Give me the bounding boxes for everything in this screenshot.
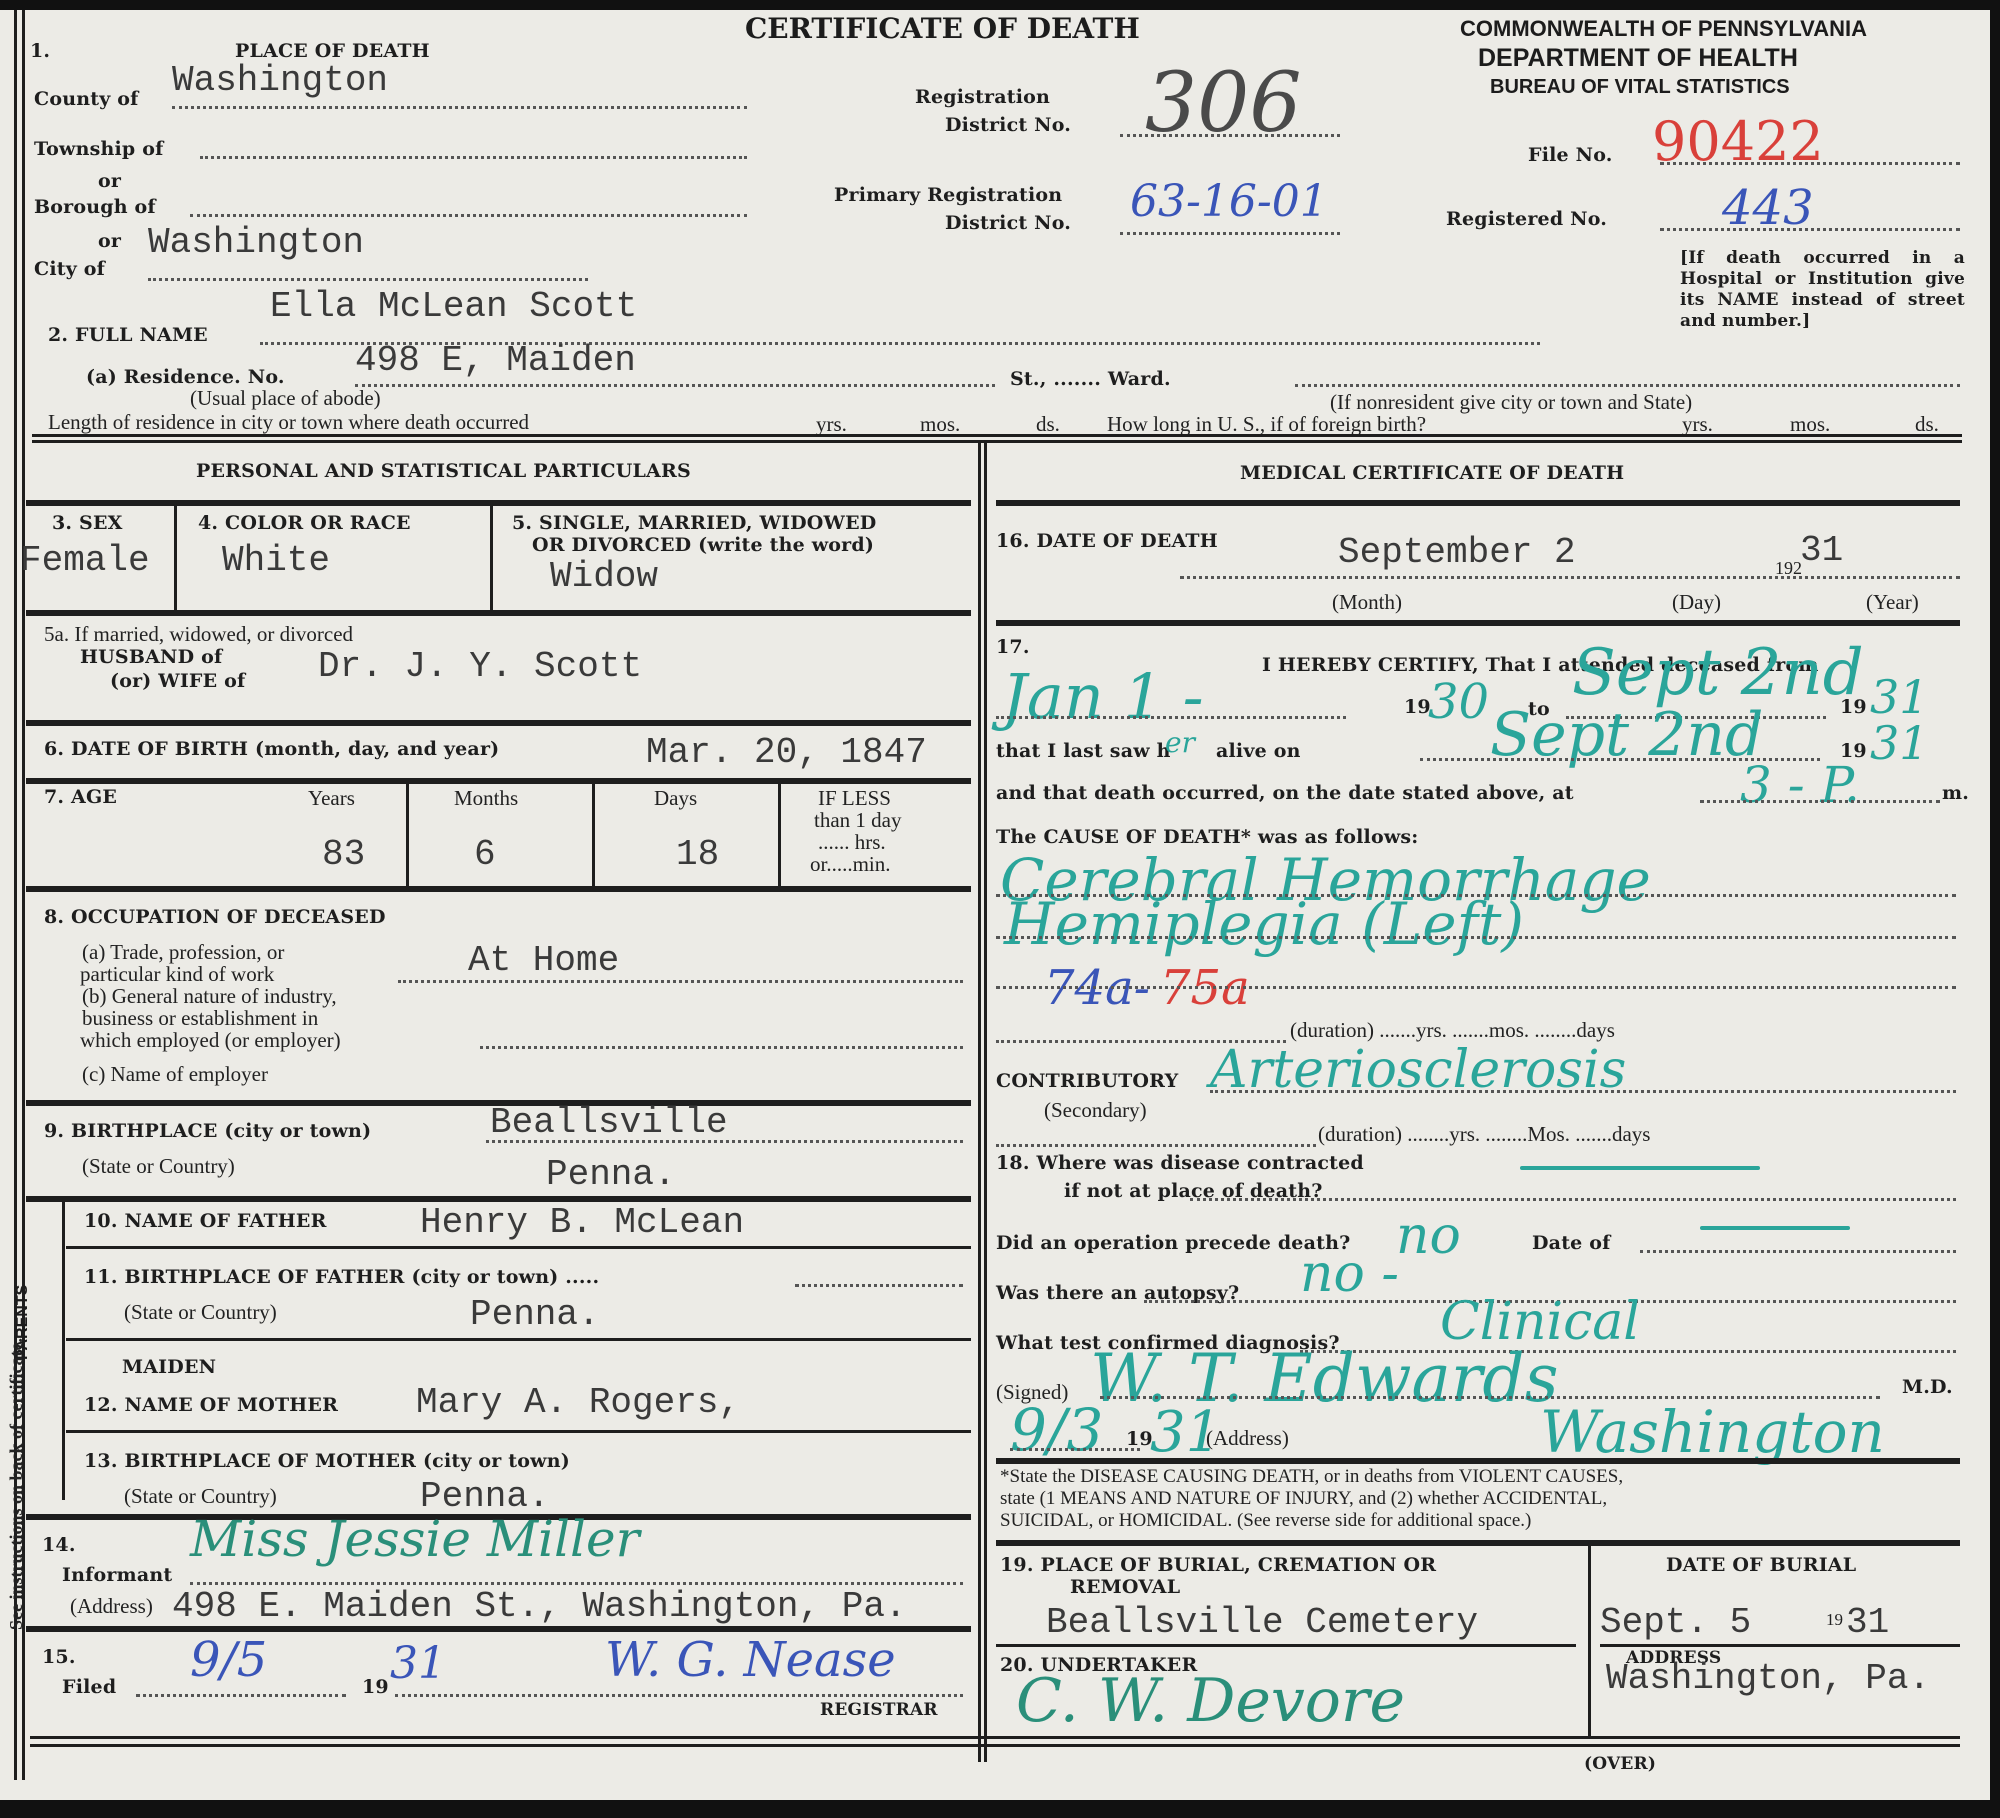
filed-year-prefix: 19: [362, 1676, 389, 1698]
pronoun[interactable]: er: [1165, 726, 1195, 759]
operation-label: Did an operation precede death?: [996, 1232, 1350, 1254]
personal-heading: PERSONAL AND STATISTICAL PARTICULARS: [196, 460, 691, 482]
q18-label-1: 18. Where was disease contracted: [996, 1152, 1364, 1174]
state-name: COMMONWEALTH OF PENNSYLVANIA: [1460, 16, 1867, 42]
district-no-label: District No.: [945, 114, 1071, 136]
city-label: City of: [34, 258, 105, 280]
borough-line[interactable]: [190, 214, 747, 217]
date-of-death-value[interactable]: September 2: [1338, 532, 1576, 573]
father-label: 10. NAME OF FATHER: [84, 1210, 327, 1232]
registration-label: Registration: [915, 86, 1050, 108]
abode-note: (Usual place of abode): [190, 386, 381, 411]
secondary-label: (Secondary): [1044, 1098, 1147, 1123]
date-of-death-label: 16. DATE OF DEATH: [996, 530, 1218, 552]
mother-state-label: (State or Country): [124, 1484, 277, 1509]
filed-number: 15.: [42, 1646, 76, 1668]
cell-divider: [592, 780, 595, 888]
burial-place-label-2: REMOVAL: [1070, 1576, 1180, 1598]
maiden-label: MAIDEN: [122, 1356, 216, 1378]
alive-on-label: alive on: [1216, 740, 1301, 762]
district-line: [1120, 134, 1340, 137]
year-label: (Year): [1866, 590, 1919, 615]
month-label: (Month): [1332, 590, 1402, 615]
primary-district-line: [1120, 232, 1340, 235]
length-residence-label: Length of residence in city or town wher…: [48, 410, 529, 435]
signed-date[interactable]: 9/3: [1010, 1396, 1103, 1464]
dob-label: 6. DATE OF BIRTH (month, day, and year): [44, 738, 499, 760]
spouse-label-1: 5a. If married, widowed, or divorced: [44, 622, 353, 647]
file-no-line: [1660, 162, 1960, 165]
informant-label: Informant: [62, 1564, 172, 1586]
marital-label-2: OR DIVORCED (write the word): [532, 534, 874, 556]
cause-of-death-label: The CAUSE OF DEATH* was as follows:: [996, 826, 1419, 848]
race-label: 4. COLOR OR RACE: [198, 512, 411, 534]
handwritten-dash: [1700, 1226, 1850, 1230]
item-number-17: 17.: [996, 636, 1030, 658]
contributory-line: [1210, 1090, 1956, 1093]
age-label: 7. AGE: [44, 786, 117, 808]
cell-divider: [490, 504, 493, 610]
township-line[interactable]: [200, 156, 747, 159]
department-name: DEPARTMENT OF HEALTH: [1478, 44, 1798, 73]
registered-no-label: Registered No.: [1446, 208, 1607, 230]
md-label: M.D.: [1902, 1376, 1953, 1398]
spouse-value[interactable]: Dr. J. Y. Scott: [318, 646, 642, 687]
filed-date[interactable]: 9/5: [190, 1632, 267, 1688]
filed-year[interactable]: 31: [390, 1638, 446, 1689]
birthplace-city[interactable]: Beallsville: [490, 1102, 728, 1143]
attended-to[interactable]: Sept 2nd: [1572, 636, 1864, 710]
duration-line-2: (duration) ........yrs. ........Mos. ...…: [1318, 1122, 1650, 1147]
age-months[interactable]: 6: [474, 834, 496, 875]
age-years[interactable]: 83: [322, 834, 365, 875]
county-value[interactable]: Washington: [172, 60, 388, 101]
primary-district-no[interactable]: 63-16-01: [1130, 176, 1328, 227]
informant-line: [190, 1582, 963, 1585]
time-of-death[interactable]: 3 - P.: [1740, 756, 1860, 814]
father-birthplace-label: 11. BIRTHPLACE OF FATHER (city or town) …: [84, 1266, 599, 1288]
divider: [996, 1540, 1960, 1546]
dod-year[interactable]: 31: [1800, 530, 1843, 571]
ward-line[interactable]: [1295, 384, 1960, 387]
birthplace-label: 9. BIRTHPLACE (city or town): [44, 1120, 371, 1142]
cause-line-3: [996, 986, 1956, 989]
place-of-death-heading: PLACE OF DEATH: [235, 40, 430, 62]
cause-of-death-2[interactable]: Hemiplegia (Left): [1004, 890, 1524, 958]
date-of-label: Date of: [1532, 1232, 1611, 1254]
father-value[interactable]: Henry B. McLean: [420, 1202, 744, 1243]
street-ward-label: St., ....... Ward.: [1010, 368, 1171, 390]
sex-value[interactable]: Female: [20, 540, 150, 581]
residence-label: (a) Residence. No.: [86, 366, 285, 388]
death-certificate: CERTIFICATE OF DEATH COMMONWEALTH OF PEN…: [0, 10, 1990, 1800]
day-label: (Day): [1672, 590, 1721, 615]
or-label: or: [98, 170, 121, 192]
informant-address[interactable]: 498 E. Maiden St., Washington, Pa.: [172, 1586, 907, 1627]
race-value[interactable]: White: [222, 540, 330, 581]
occ-c-label: (c) Name of employer: [82, 1062, 268, 1087]
marital-label-1: 5. SINGLE, MARRIED, WIDOWED: [512, 512, 876, 534]
contributory-label: CONTRIBUTORY: [996, 1070, 1178, 1092]
divider: [996, 1458, 1960, 1464]
instructions-side-note: See instructions on back of certificate.: [6, 1338, 27, 1630]
last-saw-label: that I last saw h: [996, 740, 1171, 762]
county-label: County of: [34, 88, 139, 110]
divider: [26, 720, 971, 726]
operation-date-line[interactable]: [1640, 1250, 1956, 1253]
divider: [66, 1246, 971, 1249]
signed-year-prefix: 19: [1126, 1428, 1153, 1450]
cell-divider: [778, 780, 781, 888]
undertaker-address[interactable]: Washington, Pa.: [1606, 1658, 1930, 1699]
bottom-border: [30, 1744, 1960, 1747]
years-label: Years: [308, 786, 355, 811]
birthplace-line: [486, 1140, 963, 1143]
dob-value[interactable]: Mar. 20, 1847: [646, 732, 927, 773]
divider: [996, 500, 1960, 506]
birthplace-state[interactable]: Penna.: [546, 1154, 676, 1195]
cause-line-2: [996, 936, 1956, 939]
marital-value[interactable]: Widow: [550, 556, 658, 597]
m-label: m.: [1942, 782, 1969, 804]
over-label: (OVER): [1584, 1754, 1656, 1774]
medical-heading: MEDICAL CERTIFICATE OF DEATH: [1240, 462, 1624, 484]
footnote-line-3: SUICIDAL, or HOMICIDAL. (See reverse sid…: [1000, 1510, 1531, 1532]
mother-birthplace-label: 13. BIRTHPLACE OF MOTHER (city or town): [84, 1450, 570, 1472]
from-year[interactable]: 30: [1428, 674, 1489, 730]
full-name-value[interactable]: Ella McLean Scott: [270, 286, 637, 327]
attended-from[interactable]: Jan 1 -: [1002, 660, 1204, 733]
full-name-label: 2. FULL NAME: [48, 324, 208, 346]
item-number-1: 1.: [30, 40, 50, 62]
autopsy-value[interactable]: no -: [1300, 1244, 1399, 1304]
occupation-label: 8. OCCUPATION OF DECEASED: [44, 906, 386, 928]
primary-registration-label: Primary Registration: [834, 184, 1062, 206]
township-label: Township of: [34, 138, 163, 160]
divider: [26, 500, 971, 506]
filed-label: Filed: [62, 1676, 116, 1698]
burial-place-label-1: 19. PLACE OF BURIAL, CREMATION OR: [1000, 1554, 1436, 1576]
dod-line: [1180, 576, 1960, 579]
informant-address-label: (Address): [70, 1594, 153, 1619]
divider: [66, 1338, 971, 1341]
burial-place[interactable]: Beallsville Cemetery: [1046, 1602, 1478, 1643]
months-label: Months: [454, 786, 518, 811]
informant-number: 14.: [42, 1534, 76, 1556]
duration-line-2-dots: [996, 1144, 1316, 1147]
handwritten-dash: [1520, 1166, 1760, 1170]
divider: [66, 1430, 971, 1433]
registered-no-line: [1660, 228, 1960, 231]
divider: [26, 886, 971, 892]
registrar-line: [395, 1694, 963, 1697]
spouse-label-2: HUSBAND of: [80, 646, 222, 668]
residence-line: [355, 384, 995, 387]
divider: [996, 620, 1960, 626]
cell-divider: [1588, 1546, 1591, 1736]
divider: [32, 440, 1962, 443]
footnote-line-1: *State the DISEASE CAUSING DEATH, or in …: [1000, 1466, 1623, 1488]
cell-divider: [174, 504, 177, 610]
age-days[interactable]: 18: [676, 834, 719, 875]
father-state[interactable]: Penna.: [470, 1294, 600, 1335]
signed-date-line: [1010, 1448, 1140, 1451]
divider: [26, 610, 971, 616]
bureau-name: BUREAU OF VITAL STATISTICS: [1490, 76, 1790, 99]
burial-year[interactable]: 31: [1846, 1602, 1889, 1643]
time-line: [1700, 800, 1940, 803]
divider: [996, 1644, 1576, 1647]
less-label-4: or.....min.: [810, 852, 891, 877]
occupation-value[interactable]: At Home: [468, 940, 619, 981]
divider: [26, 778, 971, 784]
city-value[interactable]: Washington: [148, 222, 364, 263]
informant-value[interactable]: Miss Jessie Miller: [190, 1510, 640, 1568]
primary-district-no-label: District No.: [945, 212, 1071, 234]
parents-divider: [62, 1200, 65, 1500]
birthplace-state-label: (State or Country): [82, 1154, 235, 1179]
mother-value[interactable]: Mary A. Rogers,: [416, 1382, 740, 1423]
death-occurred-label: and that death occurred, on the date sta…: [996, 782, 1574, 804]
city-line: [148, 278, 588, 281]
registrar-signature[interactable]: W. G. Nease: [605, 1632, 896, 1688]
or-label-2: or: [98, 230, 121, 252]
burial-year-prefix: 19: [1826, 1610, 1843, 1630]
dod-year-prefix: 192: [1775, 558, 1802, 579]
burial-date[interactable]: Sept. 5: [1600, 1602, 1751, 1643]
registrar-label: REGISTRAR: [820, 1700, 938, 1720]
hospital-note: [If death occurred in a Hospital or Inst…: [1680, 248, 1965, 332]
divider: [32, 434, 1962, 437]
disease-contracted-line[interactable]: [1190, 1198, 1956, 1201]
from-year-prefix: 19: [1404, 696, 1431, 718]
undertaker-value[interactable]: C. W. Devore: [1016, 1666, 1405, 1736]
column-divider: [984, 442, 987, 1762]
operation-value[interactable]: no: [1396, 1206, 1461, 1266]
filed-date-line: [136, 1694, 346, 1697]
borough-label: Borough of: [34, 196, 156, 218]
to-year-prefix: 19: [1840, 696, 1867, 718]
certificate-title: CERTIFICATE OF DEATH: [745, 12, 1140, 45]
days-label: Days: [654, 786, 697, 811]
physician-address-label: (Address): [1206, 1426, 1289, 1451]
father-state-label: (State or Country): [124, 1300, 277, 1325]
father-birthplace-line[interactable]: [795, 1284, 963, 1287]
divider: [1600, 1644, 1960, 1647]
file-no-label: File No.: [1528, 144, 1613, 166]
column-divider: [978, 442, 981, 1762]
occ-b-label-3: which employed (or employer): [80, 1028, 341, 1053]
footnote-line-2: state (1 MEANS AND NATURE OF INJURY, and…: [1000, 1488, 1607, 1510]
mother-label: 12. NAME OF MOTHER: [84, 1394, 338, 1416]
industry-line[interactable]: [480, 1046, 963, 1049]
cell-divider: [406, 780, 409, 888]
residence-value[interactable]: 498 E, Maiden: [355, 340, 636, 381]
spouse-label-3: (or) WIFE of: [110, 670, 245, 692]
burial-date-label: DATE OF BURIAL: [1666, 1554, 1856, 1576]
sex-label: 3. SEX: [52, 512, 123, 534]
physician-address[interactable]: Washington: [1540, 1398, 1885, 1466]
from-line: [996, 716, 1346, 719]
bottom-border: [30, 1736, 1960, 1739]
last-saw-year[interactable]: 31: [1870, 716, 1929, 770]
county-line: [172, 106, 747, 109]
occupation-line: [398, 980, 963, 983]
